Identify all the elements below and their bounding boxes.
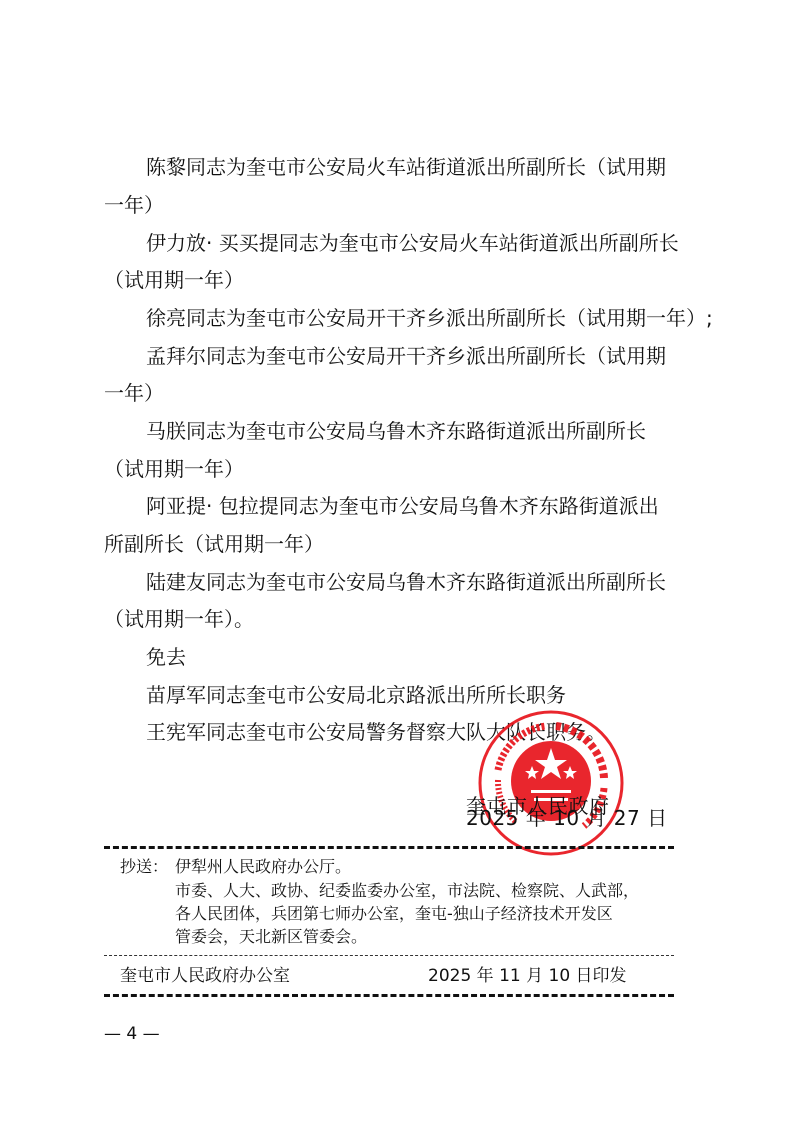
appointment-6-line1: 阿亚提· 包拉提同志为奎屯市公安局乌鲁木齐东路街道派出 [146, 490, 659, 519]
appointment-3-line1: 徐亮同志为奎屯市公安局开干齐乡派出所副所长（试用期一年）; [146, 302, 713, 331]
appointment-7-line1: 陆建友同志为奎屯市公安局乌鲁木齐东路街道派出所副所长 [146, 566, 666, 595]
appointment-5-line2: （试用期一年） [104, 453, 244, 482]
appointment-2-line2: （试用期一年） [104, 264, 244, 293]
signature-date-display: 2025 年 10 月 27 日 [466, 802, 668, 831]
divider-middle [104, 955, 674, 956]
official-seal-icon [476, 708, 626, 858]
appointment-1-line1: 陈黎同志为奎屯市公安局火车站街道派出所副所长（试用期 [146, 151, 666, 180]
appointment-4-line2: 一年） [104, 377, 164, 406]
appointment-2-line1: 伊力放· 买买提同志为奎屯市公安局火车站街道派出所副所长 [146, 227, 679, 256]
appointment-7-line2: （试用期一年）。 [104, 603, 254, 632]
divider-top [104, 846, 674, 849]
issuing-office: 奎屯市人民政府办公室 [120, 965, 290, 987]
removal-1: 苗厚军同志奎屯市公安局北京路派出所所长职务 [146, 679, 566, 708]
cc-line-2: 市委、人大、政协、纪委监委办公室，市法院、检察院、人武部， [175, 880, 639, 902]
page-number: — 4 — [104, 1024, 160, 1044]
cc-line-3: 各人民团体，兵团第七师办公室，奎屯-独山子经济技术开发区 [175, 903, 613, 925]
appointment-1-line2: 一年） [104, 189, 164, 218]
print-date: 2025 年 11 月 10 日印发 [428, 965, 627, 987]
appointment-6-line2: 所副所长（试用期一年） [104, 528, 324, 557]
cc-line-4: 管委会，天北新区管委会。 [175, 926, 367, 948]
removal-heading: 免去 [146, 641, 186, 670]
appointment-5-line1: 马朕同志为奎屯市公安局乌鲁木齐东路街道派出所副所长 [146, 415, 646, 444]
divider-bottom [104, 994, 674, 997]
cc-label: 抄送： [120, 856, 168, 878]
cc-line-1: 伊犁州人民政府办公厅。 [175, 856, 351, 878]
appointment-4-line1: 孟拜尔同志为奎屯市公安局开干齐乡派出所副所长（试用期 [146, 340, 666, 369]
